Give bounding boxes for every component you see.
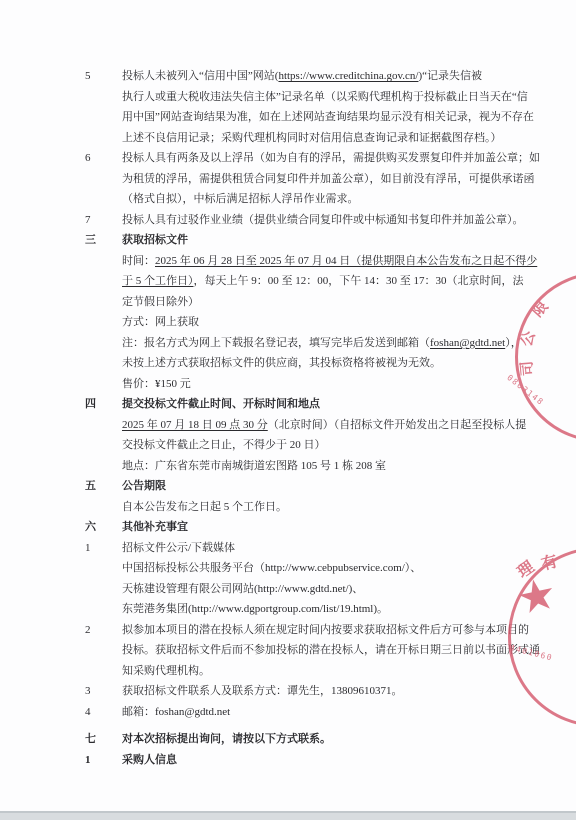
paragraph-text: 投标人具有过驳作业业绩（提供业绩合同复印件或中标通知书复印件并加盖公章）。 bbox=[122, 210, 576, 231]
text-run: 投标人具有两条及以上浮吊（如为自有的浮吊，需提供购买发票复印件并加盖公章；如 bbox=[122, 152, 540, 164]
list-marker: 3 bbox=[85, 681, 122, 702]
section-heading: 七对本次招标提出询问，请按以下方式联系。 bbox=[85, 729, 576, 750]
underlined-text: 2025 年 06 月 28 日至 2025 年 07 月 04 日（提供期限自… bbox=[155, 255, 537, 267]
paragraph: 3获取招标文件联系人及联系方式：谭先生，13809610371。 bbox=[85, 681, 576, 702]
text-run: 售价：¥150 元 bbox=[122, 378, 191, 390]
underlined-text: foshan@gdtd.net bbox=[430, 337, 505, 349]
section-heading: 三获取招标文件 bbox=[85, 230, 576, 251]
paragraph-text: 投标人具有两条及以上浮吊（如为自有的浮吊，需提供购买发票复印件并加盖公章；如为租… bbox=[122, 148, 576, 210]
paragraph: 时间：2025 年 06 月 28 日至 2025 年 07 月 04 日（提供… bbox=[85, 251, 576, 395]
list-marker: 六 bbox=[85, 517, 122, 538]
paragraph-text: 自本公告发布之日起 5 个工作日。 bbox=[122, 497, 576, 518]
paragraph-text: 对本次招标提出询问，请按以下方式联系。 bbox=[122, 729, 576, 750]
list-marker: 6 bbox=[85, 148, 122, 169]
underlined-text: 于 5 个工作日） bbox=[122, 275, 194, 287]
text-run: 投标。获取招标文件后而不参加投标的潜在投标人，请在开标日期三日前以书面形式通 bbox=[122, 644, 540, 656]
text-run: )“记录失信被 bbox=[418, 70, 482, 82]
company-seal-top: 限公司 0803148 bbox=[505, 272, 576, 447]
paragraph: 4邮箱：foshan@gdtd.net bbox=[85, 702, 576, 723]
text-run: 采购人信息 bbox=[122, 754, 177, 766]
list-marker bbox=[85, 251, 122, 272]
text-line: 采购人信息 bbox=[122, 750, 576, 771]
paragraph: 2025 年 07 月 18 日 09 点 30 分（北京时间）（自招标文件开始… bbox=[85, 415, 576, 477]
text-line: 对本次招标提出询问，请按以下方式联系。 bbox=[122, 729, 576, 750]
text-run: ，每天上午 9：00 至 12：00，下午 14：30 至 17：30（北京时间… bbox=[194, 275, 524, 287]
text-run: 拟参加本项目的潜在投标人须在规定时间内按要求获取招标文件后方可参与本项目的 bbox=[122, 624, 529, 636]
text-run: 知采购代理机构。 bbox=[122, 665, 210, 677]
text-run: 上述不良信用记录；采购代理机构同时对信用信息查询记录和证据截图存档。） bbox=[122, 132, 502, 144]
text-run: 投标人具有过驳作业业绩（提供业绩合同复印件或中标通知书复印件并加盖公章）。 bbox=[122, 214, 524, 226]
seal-ring bbox=[515, 272, 576, 442]
text-run: 天栋建设管理有限公司网站(http://www.gdtd.net/)、 bbox=[122, 583, 363, 595]
text-run: 东莞港务集团(http://www.dgportgroup.com/list/1… bbox=[122, 603, 388, 615]
text-run: 未按上述方式获取招标文件的供应商，其投标资格将被视为无效。 bbox=[122, 357, 441, 369]
text-line: 时间：2025 年 06 月 28 日至 2025 年 07 月 04 日（提供… bbox=[122, 251, 576, 272]
text-line: 获取招标文件 bbox=[122, 230, 576, 251]
list-marker: 2 bbox=[85, 620, 122, 641]
list-marker: 7 bbox=[85, 210, 122, 231]
paragraph-text: 其他补充事宜 bbox=[122, 517, 576, 538]
text-line: （格式自拟），中标后满足招标人浮吊作业需求。 bbox=[122, 189, 576, 210]
text-line: 为租赁的浮吊，需提供租赁合同复印件并加盖公章），如目前没有浮吊，可提供承诺函 bbox=[122, 169, 576, 190]
text-run: 自本公告发布之日起 5 个工作日。 bbox=[122, 501, 287, 513]
list-marker bbox=[85, 497, 122, 518]
paragraph-text: 采购人信息 bbox=[122, 750, 576, 771]
list-marker: 四 bbox=[85, 394, 122, 415]
text-line: 执行人或重大税收违法失信主体”记录名单（以采购代理机构于投标截止日当天在“信 bbox=[122, 87, 576, 108]
list-marker: 4 bbox=[85, 702, 122, 723]
list-marker: 1 bbox=[85, 538, 122, 559]
list-marker bbox=[85, 415, 122, 436]
list-marker: 三 bbox=[85, 230, 122, 251]
seal-character: 司 bbox=[515, 360, 537, 377]
list-marker: 1 bbox=[85, 750, 122, 771]
text-run: 为租赁的浮吊，需提供租赁合同复印件并加盖公章），如目前没有浮吊，可提供承诺函 bbox=[122, 173, 535, 185]
text-run: 获取招标文件联系人及联系方式：谭先生，13809610371。 bbox=[122, 685, 403, 697]
text-run: 投标人未被列入“信用中国”网站( bbox=[122, 70, 278, 82]
list-marker: 五 bbox=[85, 476, 122, 497]
text-line: 地点：广东省东莞市南城街道宏图路 105 号 1 栋 208 室 bbox=[122, 456, 576, 477]
text-run: 公告期限 bbox=[122, 480, 166, 492]
paragraph-text: 公告期限 bbox=[122, 476, 576, 497]
paragraph: 自本公告发布之日起 5 个工作日。 bbox=[85, 497, 576, 518]
text-run: 对本次招标提出询问，请按以下方式联系。 bbox=[122, 733, 331, 745]
paragraph: 2拟参加本项目的潜在投标人须在规定时间内按要求获取招标文件后方可参与本项目的投标… bbox=[85, 620, 576, 682]
paragraph-text: 投标人未被列入“信用中国”网站(https://www.creditchina.… bbox=[122, 66, 576, 148]
section-heading: 五公告期限 bbox=[85, 476, 576, 497]
document-content: 5投标人未被列入“信用中国”网站(https://www.creditchina… bbox=[85, 66, 576, 770]
text-line: 投标人具有两条及以上浮吊（如为自有的浮吊，需提供购买发票复印件并加盖公章；如 bbox=[122, 148, 576, 169]
text-run: 方式：网上获取 bbox=[122, 316, 199, 328]
list-marker: 七 bbox=[85, 729, 122, 750]
text-run: 定节假日除外） bbox=[122, 296, 199, 308]
text-run: 招标文件公示/下载媒体 bbox=[122, 542, 235, 554]
text-line: 公告期限 bbox=[122, 476, 576, 497]
text-run: 获取招标文件 bbox=[122, 234, 188, 246]
paragraph: 6投标人具有两条及以上浮吊（如为自有的浮吊，需提供购买发票复印件并加盖公章；如为… bbox=[85, 148, 576, 210]
text-run: 交投标文件截止之日止，不得少于 20 日） bbox=[122, 439, 326, 451]
text-run: 邮箱：foshan@gdtd.net bbox=[122, 706, 230, 718]
paragraph: 1招标文件公示/下载媒体中国招标投标公共服务平台（http://www.cebp… bbox=[85, 538, 576, 620]
document-page: 5投标人未被列入“信用中国”网站(https://www.creditchina… bbox=[0, 0, 576, 813]
text-run: （北京时间）（自招标文件开始发出之日起至投标人提 bbox=[268, 419, 527, 431]
paragraph-text: 获取招标文件 bbox=[122, 230, 576, 251]
paragraph: 7投标人具有过驳作业业绩（提供业绩合同复印件或中标通知书复印件并加盖公章）。 bbox=[85, 210, 576, 231]
text-run: 其他补充事宜 bbox=[122, 521, 188, 533]
section-heading: 1采购人信息 bbox=[85, 750, 576, 771]
company-seal-bottom: 理有 ★ 4401060 bbox=[505, 547, 576, 727]
section-heading: 六其他补充事宜 bbox=[85, 517, 576, 538]
text-line: 其他补充事宜 bbox=[122, 517, 576, 538]
text-run: （格式自拟），中标后满足招标人浮吊作业需求。 bbox=[122, 193, 359, 205]
text-run: 地点：广东省东莞市南城街道宏图路 105 号 1 栋 208 室 bbox=[122, 460, 386, 472]
text-line: 投标人未被列入“信用中国”网站(https://www.creditchina.… bbox=[122, 66, 576, 87]
text-run: 提交投标文件截止时间、开标时间和地点 bbox=[122, 398, 320, 410]
text-run: 时间： bbox=[122, 255, 155, 267]
text-line: 上述不良信用记录；采购代理机构同时对信用信息查询记录和证据截图存档。） bbox=[122, 128, 576, 149]
text-run: 注：报名方式为网上下载报名登记表，填写完毕后发送到邮箱（ bbox=[122, 337, 430, 349]
text-run: 用中国”网站查询结果为准，如在上述网站查询结果均显示没有相关记录，视为不存在 bbox=[122, 111, 534, 123]
paragraph: 5投标人未被列入“信用中国”网站(https://www.creditchina… bbox=[85, 66, 576, 148]
text-run: 执行人或重大税收违法失信主体”记录名单（以采购代理机构于投标截止日当天在“信 bbox=[122, 91, 528, 103]
section-heading: 四提交投标文件截止时间、开标时间和地点 bbox=[85, 394, 576, 415]
underlined-text: 2025 年 07 月 18 日 09 点 30 分 bbox=[122, 419, 268, 431]
text-line: 自本公告发布之日起 5 个工作日。 bbox=[122, 497, 576, 518]
list-marker: 5 bbox=[85, 66, 122, 87]
underlined-text: https://www.creditchina.gov.cn/ bbox=[278, 70, 418, 82]
page-edge bbox=[0, 813, 576, 820]
text-run: 中国招标投标公共服务平台（http://www.cebpubservice.co… bbox=[122, 562, 421, 574]
text-line: 投标人具有过驳作业业绩（提供业绩合同复印件或中标通知书复印件并加盖公章）。 bbox=[122, 210, 576, 231]
text-line: 用中国”网站查询结果为准，如在上述网站查询结果均显示没有相关记录，视为不存在 bbox=[122, 107, 576, 128]
